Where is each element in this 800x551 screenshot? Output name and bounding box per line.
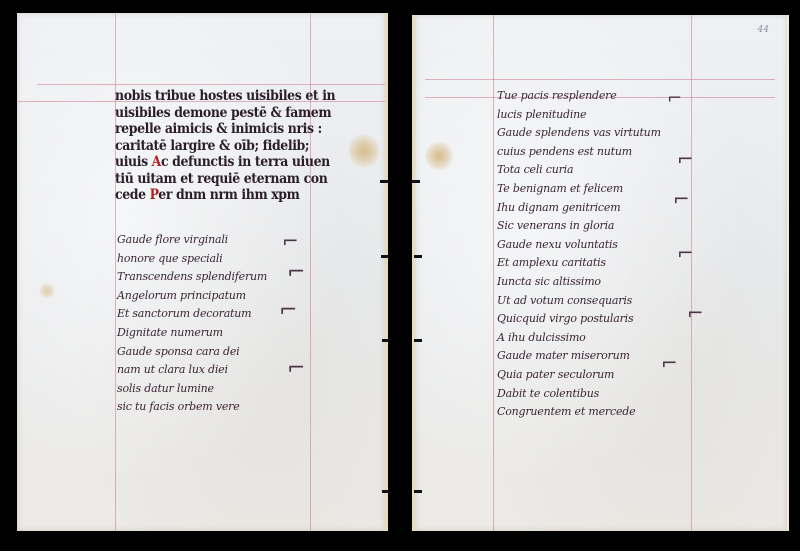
text-line: Gaude sponsa cara dei bbox=[117, 343, 267, 362]
rhyme-bracket-icon: ⌐ bbox=[673, 191, 690, 207]
manuscript-leaf-left: nobis tribue hostes uisibiles et in uisi… bbox=[17, 13, 388, 531]
rubricated-initial: P bbox=[150, 186, 159, 202]
text-line: Tue pacis resplendere bbox=[497, 87, 661, 106]
text-line: Ut ad votum consequaris bbox=[497, 292, 661, 311]
gothic-text-block: nobis tribue hostes uisibiles et in uisi… bbox=[115, 87, 335, 203]
rhyme-bracket-icon: ⌐ bbox=[287, 361, 305, 377]
binding-stitch bbox=[380, 180, 388, 183]
text-line: Quia pater seculorum bbox=[497, 366, 661, 385]
rhyme-bracket-icon: ⌐ bbox=[677, 245, 694, 261]
foxing-stain bbox=[349, 133, 379, 169]
text-line: uiuis Ac defunctis in terra uiuen bbox=[115, 153, 335, 171]
text-line: Gaude splendens vas virtutum bbox=[497, 124, 661, 143]
rhyme-bracket-icon: ⌐ bbox=[279, 303, 297, 319]
text-line: caritatē largire & oīb; fidelib; bbox=[115, 137, 335, 155]
text-line: Et amplexu caritatis bbox=[497, 254, 661, 273]
manuscript-leaf-right: 44 Tue pacis resplendere lucis plenitudi… bbox=[412, 15, 789, 531]
binding-stitch bbox=[414, 255, 422, 258]
text-line: Sic venerans in gloria bbox=[497, 217, 661, 236]
text-line: A ihu dulcissimo bbox=[497, 329, 661, 348]
rhyme-bracket-icon: ⌐ bbox=[287, 265, 305, 281]
rhyme-bracket-icon: ⌐ bbox=[667, 91, 682, 107]
text-line: repelle aimicis & inimicis nris : bbox=[115, 120, 335, 138]
text-line: Gaude mater miserorum bbox=[497, 347, 661, 366]
binding-stitch bbox=[414, 339, 422, 342]
text-line: uisibiles demone pestē & famem bbox=[115, 104, 335, 122]
foxing-stain bbox=[425, 141, 453, 171]
binding-stitch bbox=[382, 339, 390, 342]
text-line: Gaude nexu voluntatis bbox=[497, 236, 661, 255]
text-line: Dignitate numerum bbox=[117, 324, 267, 343]
binding-stitch bbox=[382, 490, 390, 493]
rhyme-bracket-icon: ⌐ bbox=[677, 151, 694, 167]
cursive-text-block: Tue pacis resplendere lucis plenitudine … bbox=[497, 87, 661, 422]
rhyme-bracket-icon: ⌐ bbox=[661, 355, 678, 371]
text-line: nam ut clara lux diei bbox=[117, 361, 267, 380]
text-line: Te benignam et felicem bbox=[497, 180, 661, 199]
text-line: Iuncta sic altissimo bbox=[497, 273, 661, 292]
text-line: honore que speciali bbox=[117, 250, 267, 269]
text-line: sic tu facis orbem vere bbox=[117, 398, 267, 417]
text-line: cuius pendens est nutum bbox=[497, 143, 661, 162]
text-line: Ihu dignam genitricem bbox=[497, 199, 661, 218]
text-line: Angelorum principatum bbox=[117, 287, 267, 306]
ruling-line-vertical bbox=[493, 15, 494, 531]
text-line: lucis plenitudine bbox=[497, 106, 661, 125]
rhyme-bracket-icon: ⌐ bbox=[687, 305, 704, 321]
binding-stitch bbox=[412, 180, 420, 183]
binding-stitch bbox=[414, 490, 422, 493]
folio-number: 44 bbox=[758, 25, 769, 35]
cursive-text-block: Gaude flore virginali honore que special… bbox=[117, 231, 267, 417]
foxing-stain bbox=[39, 283, 55, 299]
binding-stitch bbox=[381, 255, 389, 258]
text-line: Et sanctorum decoratum bbox=[117, 305, 267, 324]
text-line: Congruentem et mercede bbox=[497, 403, 661, 422]
text-line: Tota celi curia bbox=[497, 161, 661, 180]
text-line: cede Per dnm nrm ihm xpm bbox=[115, 186, 335, 204]
rhyme-bracket-icon: ⌐ bbox=[282, 233, 299, 249]
text-line: nobis tribue hostes uisibiles et in bbox=[115, 87, 335, 105]
text-line: Gaude flore virginali bbox=[117, 231, 267, 250]
ruling-line-horizontal bbox=[37, 84, 385, 85]
text-line: tiū uitam et requiē eternam con bbox=[115, 170, 335, 188]
text-line: Dabit te colentibus bbox=[497, 385, 661, 404]
ruling-line-horizontal bbox=[425, 79, 775, 80]
rubricated-initial: A bbox=[152, 153, 161, 169]
text-line: Quicquid virgo postularis bbox=[497, 310, 661, 329]
text-line: solis datur lumine bbox=[117, 380, 267, 399]
ruling-line-vertical bbox=[691, 15, 692, 531]
text-line: Transcendens splendiferum bbox=[117, 268, 267, 287]
